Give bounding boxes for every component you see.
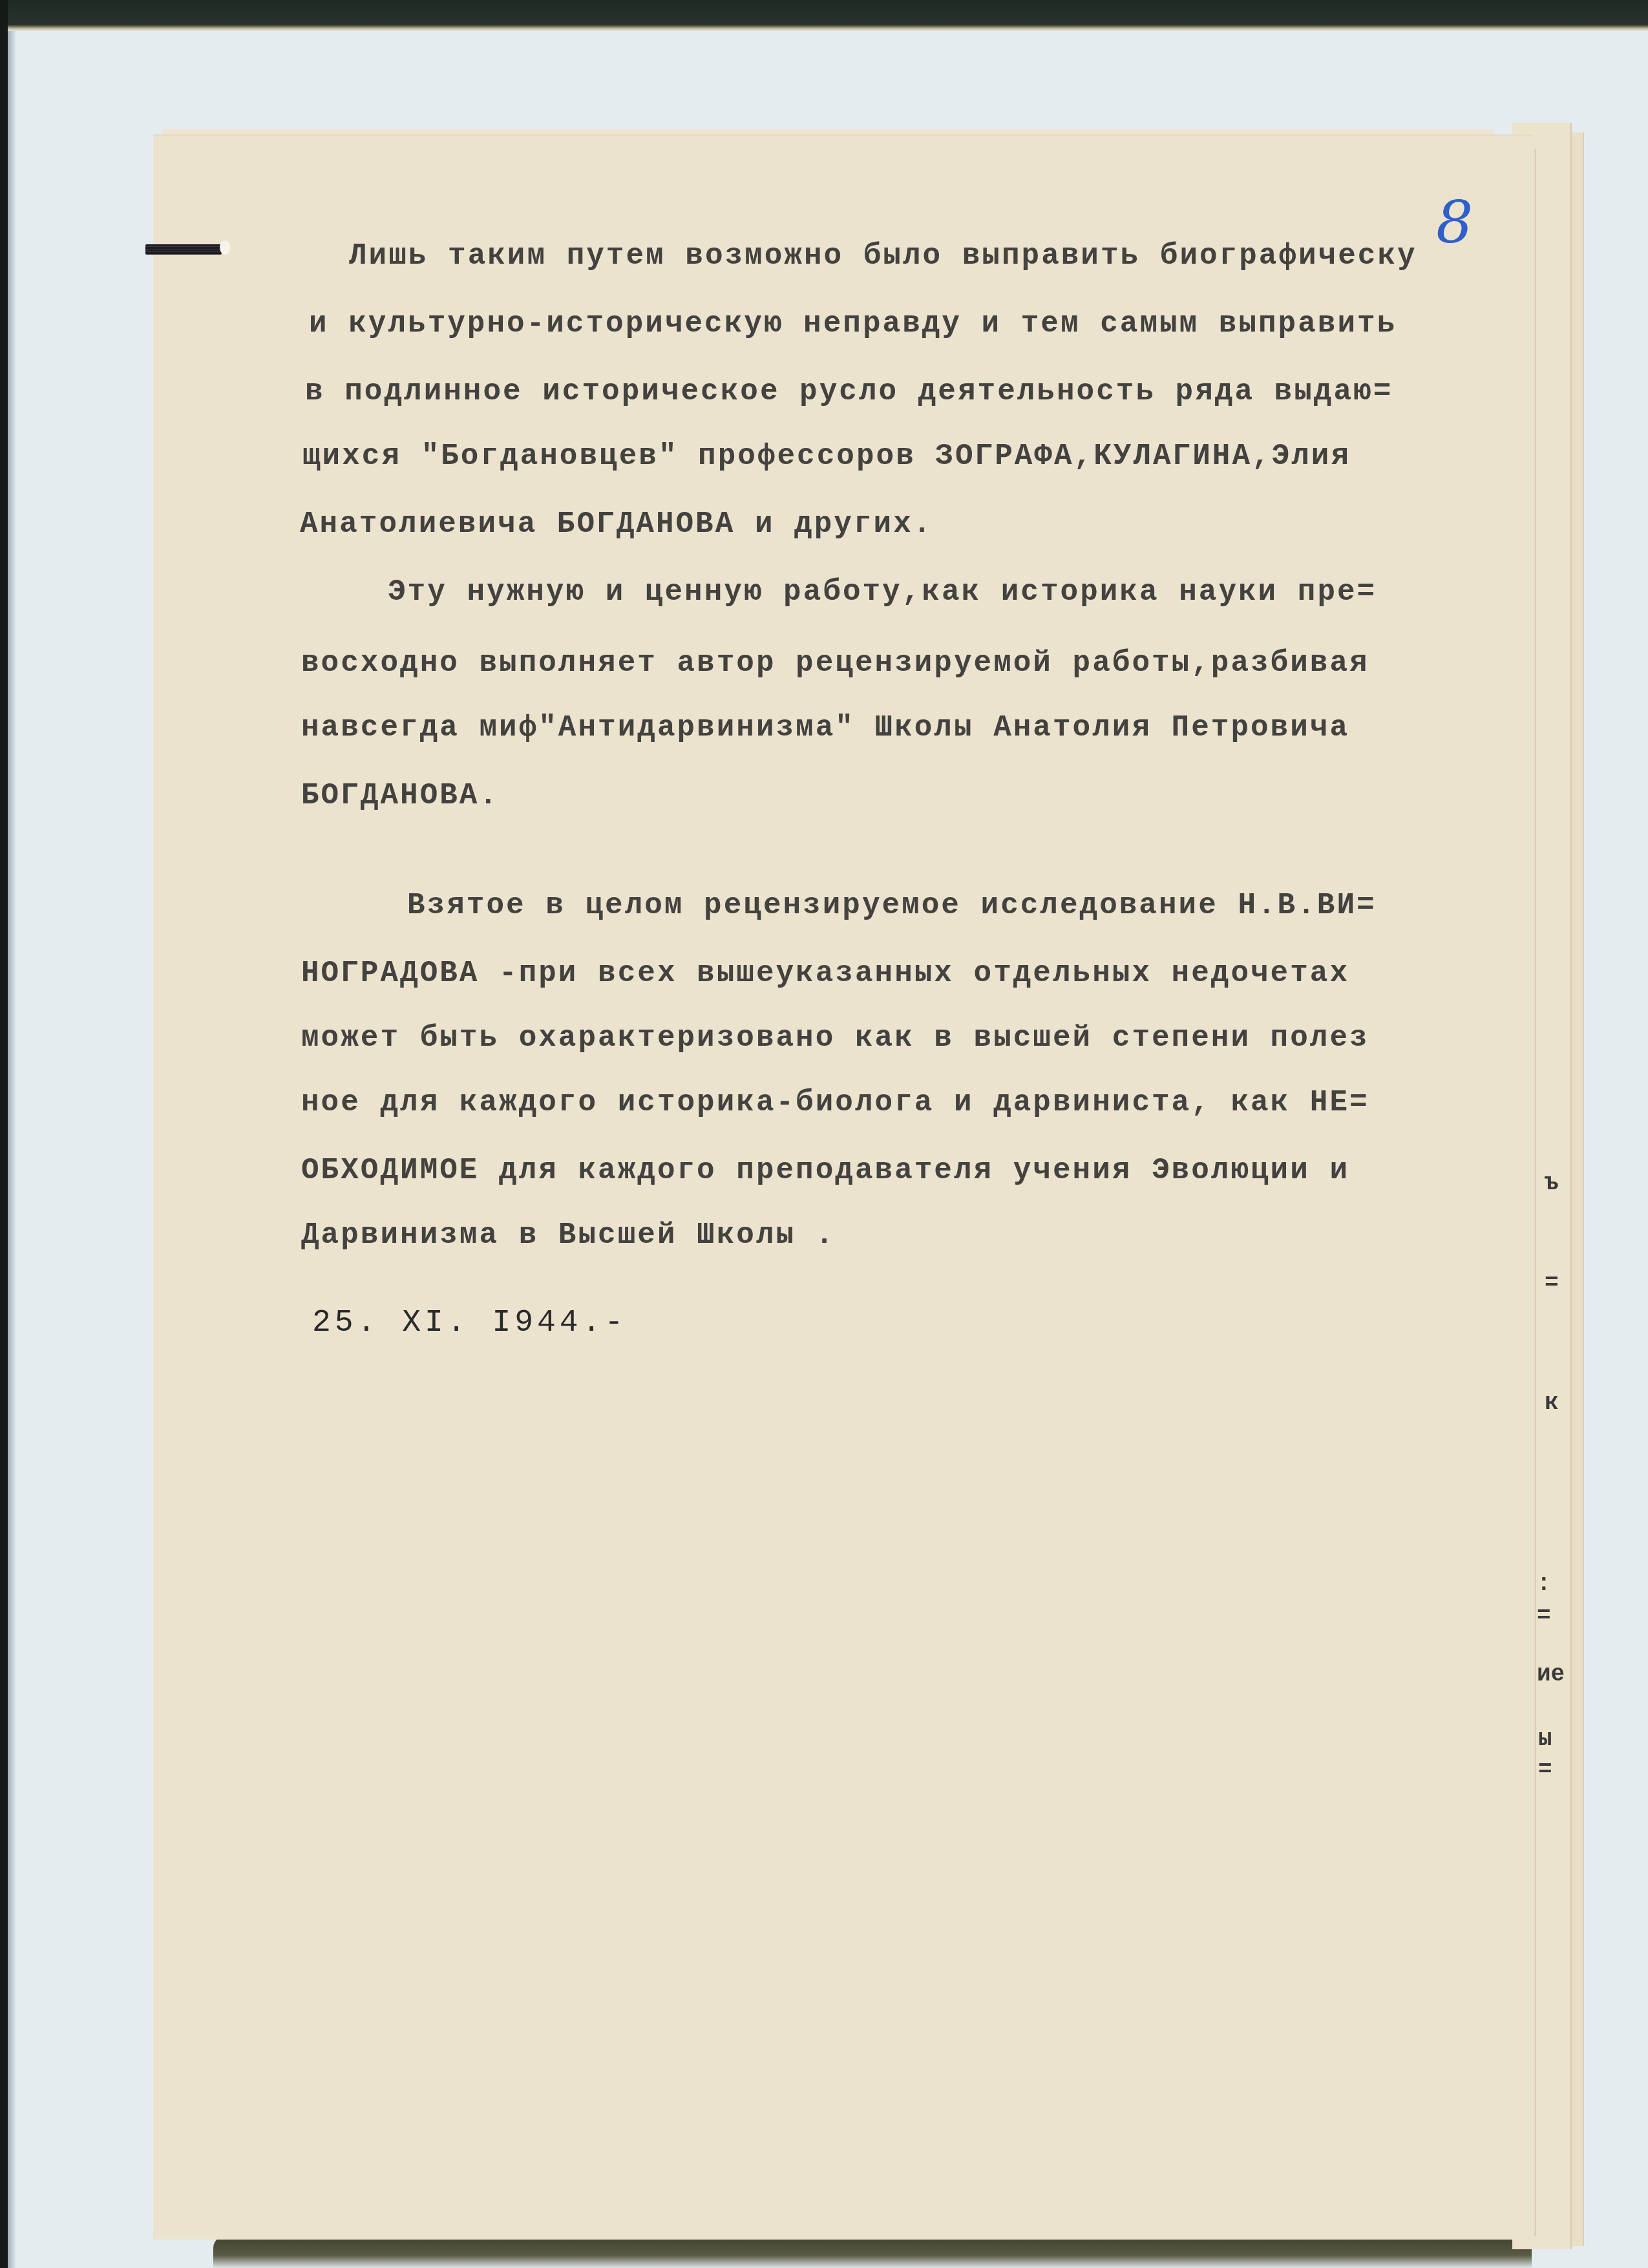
text-line: БОГДАНОВА. bbox=[301, 779, 499, 812]
document-date: 25. XI. I944.- bbox=[312, 1306, 627, 1341]
underlying-text-fragment: к bbox=[1545, 1390, 1559, 1416]
text-line: навсегда миф"Антидарвинизма" Школы Анато… bbox=[301, 711, 1349, 745]
text-line: восходно выполняет автор рецензируемой р… bbox=[301, 646, 1369, 680]
scanner-left-shade bbox=[8, 31, 16, 2268]
scanner-top-edge bbox=[0, 0, 1648, 31]
text-line: щихся "Богдановцев" профессоров ЗОГРАФА,… bbox=[302, 440, 1351, 473]
binding-hole bbox=[220, 240, 230, 255]
underlying-text-fragment: = bbox=[1537, 1603, 1551, 1629]
underlying-text-fragment: = bbox=[1545, 1270, 1559, 1297]
text-line: Анатолиевича БОГДАНОВА и других. bbox=[300, 507, 933, 541]
text-line: Дарвинизма в Высшей Школы . bbox=[301, 1218, 835, 1252]
text-line: может быть охарактеризовано как в высшей… bbox=[301, 1021, 1369, 1055]
underlying-text-fragment: ъ bbox=[1545, 1170, 1559, 1196]
page-bottom-shadow bbox=[213, 2236, 1532, 2268]
text-line: Эту нужную и ценную работу,как историка … bbox=[388, 575, 1377, 609]
text-line: и культурно-историческую неправду и тем … bbox=[309, 307, 1397, 341]
underlying-text-fragment: ие bbox=[1537, 1661, 1565, 1688]
underlying-text-fragment: = bbox=[1538, 1757, 1552, 1783]
text-line: НОГРАДОВА -при всех вышеуказанных отдель… bbox=[301, 957, 1349, 990]
text-line: Лишь таким путем возможно было выправить… bbox=[349, 239, 1417, 273]
text-line: ОБХОДИМОЕ для каждого преподавателя учен… bbox=[301, 1154, 1349, 1187]
handwritten-page-number: 8 bbox=[1436, 194, 1473, 252]
underlying-text-fragment: ы bbox=[1538, 1726, 1552, 1752]
text-line: ное для каждого историка-биолога и дарви… bbox=[301, 1086, 1369, 1119]
text-line: Взятое в целом рецензируемое исследовани… bbox=[407, 889, 1377, 922]
scanner-left-edge bbox=[0, 0, 8, 2268]
text-line: в подлинное историческое русло деятельно… bbox=[305, 375, 1393, 408]
underlying-text-fragment: : bbox=[1537, 1571, 1551, 1597]
binding-thread bbox=[145, 244, 222, 255]
